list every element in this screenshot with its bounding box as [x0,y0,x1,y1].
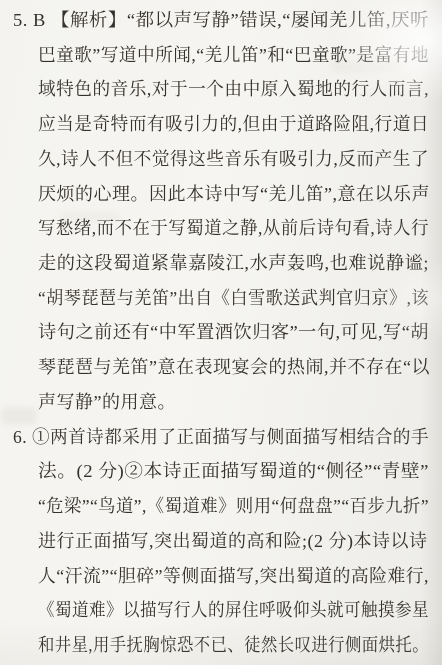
text-line-content: 走的这段蜀道紧靠嘉陵江,水声轰鸣,也难说静谧; [38,246,429,281]
text-line-content: 诗句之前还有“中军置酒饮归客”一句,可见,写“胡 [38,315,429,350]
text-line-content: 琴琵琶与羌笛”意在表现宴会的热闹,并不存在“以 [38,350,430,385]
text-line: 《蜀道难》以描写行人的屏住呼吸仰头就可触摸参星 [13,593,429,628]
text-line: 久,诗人不但不觉得这些音乐有吸引力,反而产生了 [13,142,429,177]
text-line: 域特色的音乐,对于一个由中原入蜀地的行人而言, [13,72,429,107]
text-line: 琴琵琶与羌笛”意在表现宴会的热闹,并不存在“以 [13,350,429,385]
text-line-content: 6. ①两首诗都采用了正面描写与侧面描写相结合的手 [13,420,429,455]
text-line: 巴童歌”写道中所闻,“羌儿笛”和“巴童歌”是富有地 [13,38,429,73]
text-line: 应当是奇特而有吸引力的,但由于道路险阻,行道日 [13,107,429,142]
text-line-content: 和井星,用手抚胸惊恐不已、徒然长叹进行侧面烘托。 [38,628,429,663]
text-line: “胡琴琵琶与羌笛”出自《白雪歌送武判官归京》,该 [13,281,429,316]
scanned-answer-page: 5. B 【解析】“都以声写静”错误,“屡闻羌儿笛,厌听巴童歌”写道中所闻,“羌… [0,0,442,665]
text-line: 进行正面描写,突出蜀道的高和险;(2 分)本诗以诗 [13,524,429,559]
text-line: 6. ①两首诗都采用了正面描写与侧面描写相结合的手 [13,420,429,455]
text-line: 和井星,用手抚胸惊恐不已、徒然长叹进行侧面烘托。 [13,628,429,663]
answer-text-block: 5. B 【解析】“都以声写静”错误,“屡闻羌儿笛,厌听巴童歌”写道中所闻,“羌… [13,3,429,663]
text-line-content: 域特色的音乐,对于一个由中原入蜀地的行人而言, [38,72,429,107]
text-line-content: “胡琴琵琶与羌笛”出自《白雪歌送武判官归京》,该 [38,281,429,316]
text-line: 5. B 【解析】“都以声写静”错误,“屡闻羌儿笛,厌听 [13,3,429,38]
text-line-content: 人“汗流”“胆碎”等侧面描写,突出蜀道的高险难行, [38,559,429,594]
text-line-content: 《蜀道难》以描写行人的屏住呼吸仰头就可触摸参星 [38,593,429,628]
text-line: 写愁绪,而不在于写蜀道之静,从前后诗句看,诗人行 [13,211,429,246]
text-line: 声写静”的用意。 [13,385,429,420]
text-line-content: 5. B 【解析】“都以声写静”错误,“屡闻羌儿笛,厌听 [13,3,429,38]
text-line-content: 法。(2 分)②本诗正面描写蜀道的“侧径”“青壁” [38,454,429,489]
text-line: 诗句之前还有“中军置酒饮归客”一句,可见,写“胡 [13,315,429,350]
text-line: 法。(2 分)②本诗正面描写蜀道的“侧径”“青壁” [13,454,429,489]
text-line-content: “危梁”“鸟道”,《蜀道难》则用“何盘盘”“百步九折” [38,489,429,524]
text-line: 走的这段蜀道紧靠嘉陵江,水声轰鸣,也难说静谧; [13,246,429,281]
text-line-content: 声写静”的用意。 [38,385,176,420]
text-line-content: 久,诗人不但不觉得这些音乐有吸引力,反而产生了 [38,142,429,177]
text-line-content: 应当是奇特而有吸引力的,但由于道路险阻,行道日 [38,107,429,142]
text-line-content: 厌烦的心理。因此本诗中写“羌儿笛”,意在以乐声 [38,177,430,212]
text-line: “危梁”“鸟道”,《蜀道难》则用“何盘盘”“百步九折” [13,489,429,524]
text-line: 厌烦的心理。因此本诗中写“羌儿笛”,意在以乐声 [13,177,429,212]
text-line-content: 写愁绪,而不在于写蜀道之静,从前后诗句看,诗人行 [38,211,429,246]
text-line-content: 进行正面描写,突出蜀道的高和险;(2 分)本诗以诗 [38,524,428,559]
text-line: 人“汗流”“胆碎”等侧面描写,突出蜀道的高险难行, [13,559,429,594]
text-line-content: 巴童歌”写道中所闻,“羌儿笛”和“巴童歌”是富有地 [38,38,429,73]
